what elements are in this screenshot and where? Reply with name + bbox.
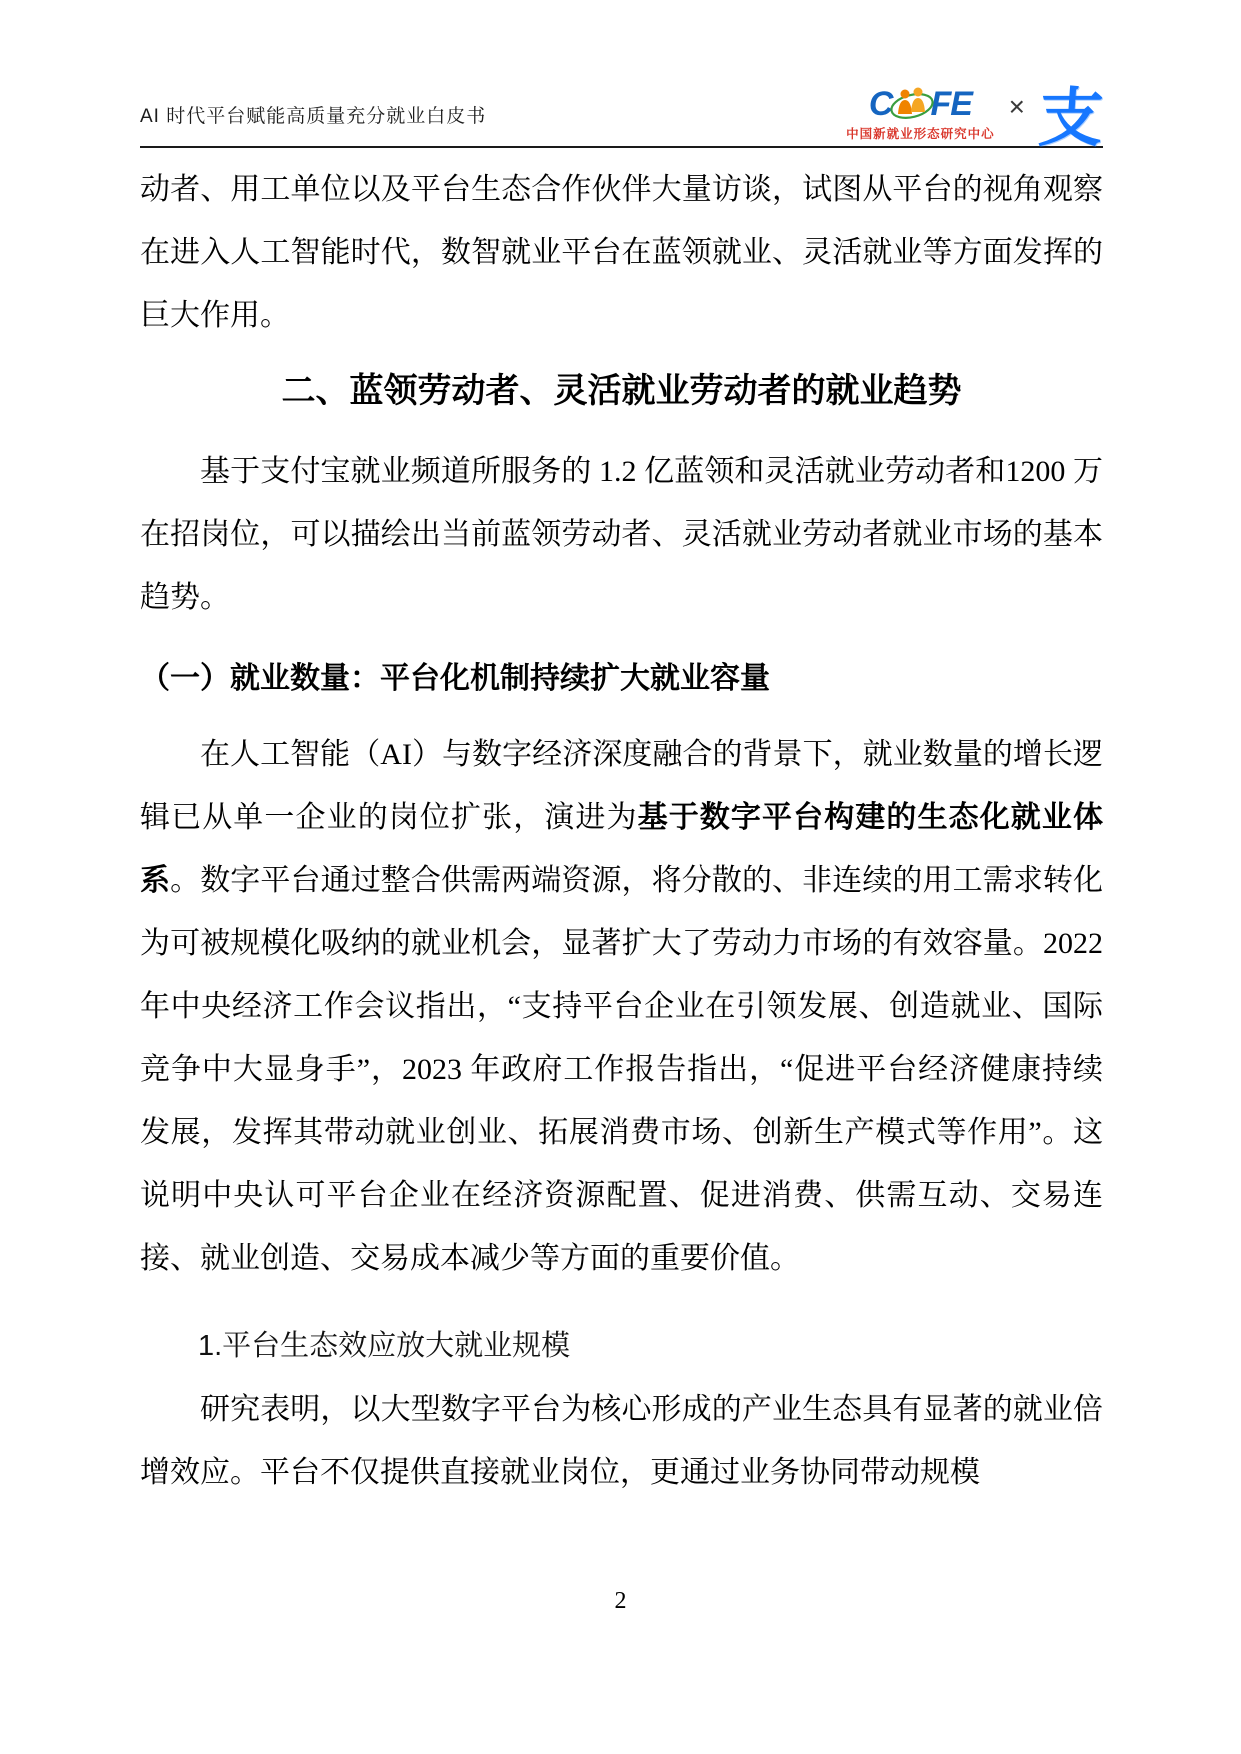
alipay-logo-icon: 支 (1037, 86, 1105, 150)
cnfe-people-icon (890, 84, 934, 124)
multiply-icon: × (1009, 91, 1025, 133)
header-logos: C FE 中国新就业形态研究中心 × 支 (846, 80, 1103, 144)
paragraph: 研究表明，以大型数字平台为核心形成的产业生态具有显著的就业倍增效应。平台不仅提供… (140, 1378, 1103, 1504)
page-header: AI 时代平台赋能高质量充分就业白皮书 C FE (140, 62, 1103, 144)
cnfe-letter-fe: FE (930, 87, 971, 121)
paragraph: 动者、用工单位以及平台生态合作伙伴大量访谈，试图从平台的视角观察在进入人工智能时… (140, 158, 1103, 347)
cnfe-letter-c: C (869, 87, 893, 121)
cnfe-subtext: 中国新就业形态研究中心 (846, 128, 995, 141)
paragraph: 在人工智能（AI）与数字经济深度融合的背景下，就业数量的增长逻辑已从单一企业的岗… (140, 723, 1103, 1290)
text-run: 研究表明，以大型数字平台为核心形成的产业生态具有显著的就业倍增效应。平台不仅提供… (140, 1393, 1103, 1489)
header-divider (140, 146, 1103, 148)
text-run: 基于支付宝就业频道所服务的 1.2 亿蓝领和灵活就业劳动者和1200 万在招岗位… (140, 455, 1103, 614)
section-heading: 二、蓝领劳动者、灵活就业劳动者的就业趋势 (140, 360, 1103, 423)
numbered-subheading: 1.平台生态效应放大就业规模 (140, 1315, 1103, 1378)
paragraph: 基于支付宝就业频道所服务的 1.2 亿蓝领和灵活就业劳动者和1200 万在招岗位… (140, 440, 1103, 629)
cnfe-logo: C FE 中国新就业形态研究中心 (846, 83, 995, 141)
subsection-heading: （一）就业数量：平台化机制持续扩大就业容量 (140, 647, 1103, 710)
cnfe-wordmark: C FE (869, 83, 972, 125)
header-title: AI 时代平台赋能高质量充分就业白皮书 (140, 101, 486, 144)
document-content: 动者、用工单位以及平台生态合作伙伴大量访谈，试图从平台的视角观察在进入人工智能时… (140, 158, 1103, 1504)
text-run: 动者、用工单位以及平台生态合作伙伴大量访谈，试图从平台的视角观察在进入人工智能时… (140, 173, 1103, 332)
document-page: AI 时代平台赋能高质量充分就业白皮书 C FE (0, 0, 1241, 1754)
text-run: 。数字平台通过整合供需两端资源，将分散的、非连续的用工需求转化为可被规模化吸纳的… (140, 864, 1103, 1275)
page-footer: 2 (0, 1588, 1241, 1615)
page-number: 2 (615, 1588, 627, 1614)
